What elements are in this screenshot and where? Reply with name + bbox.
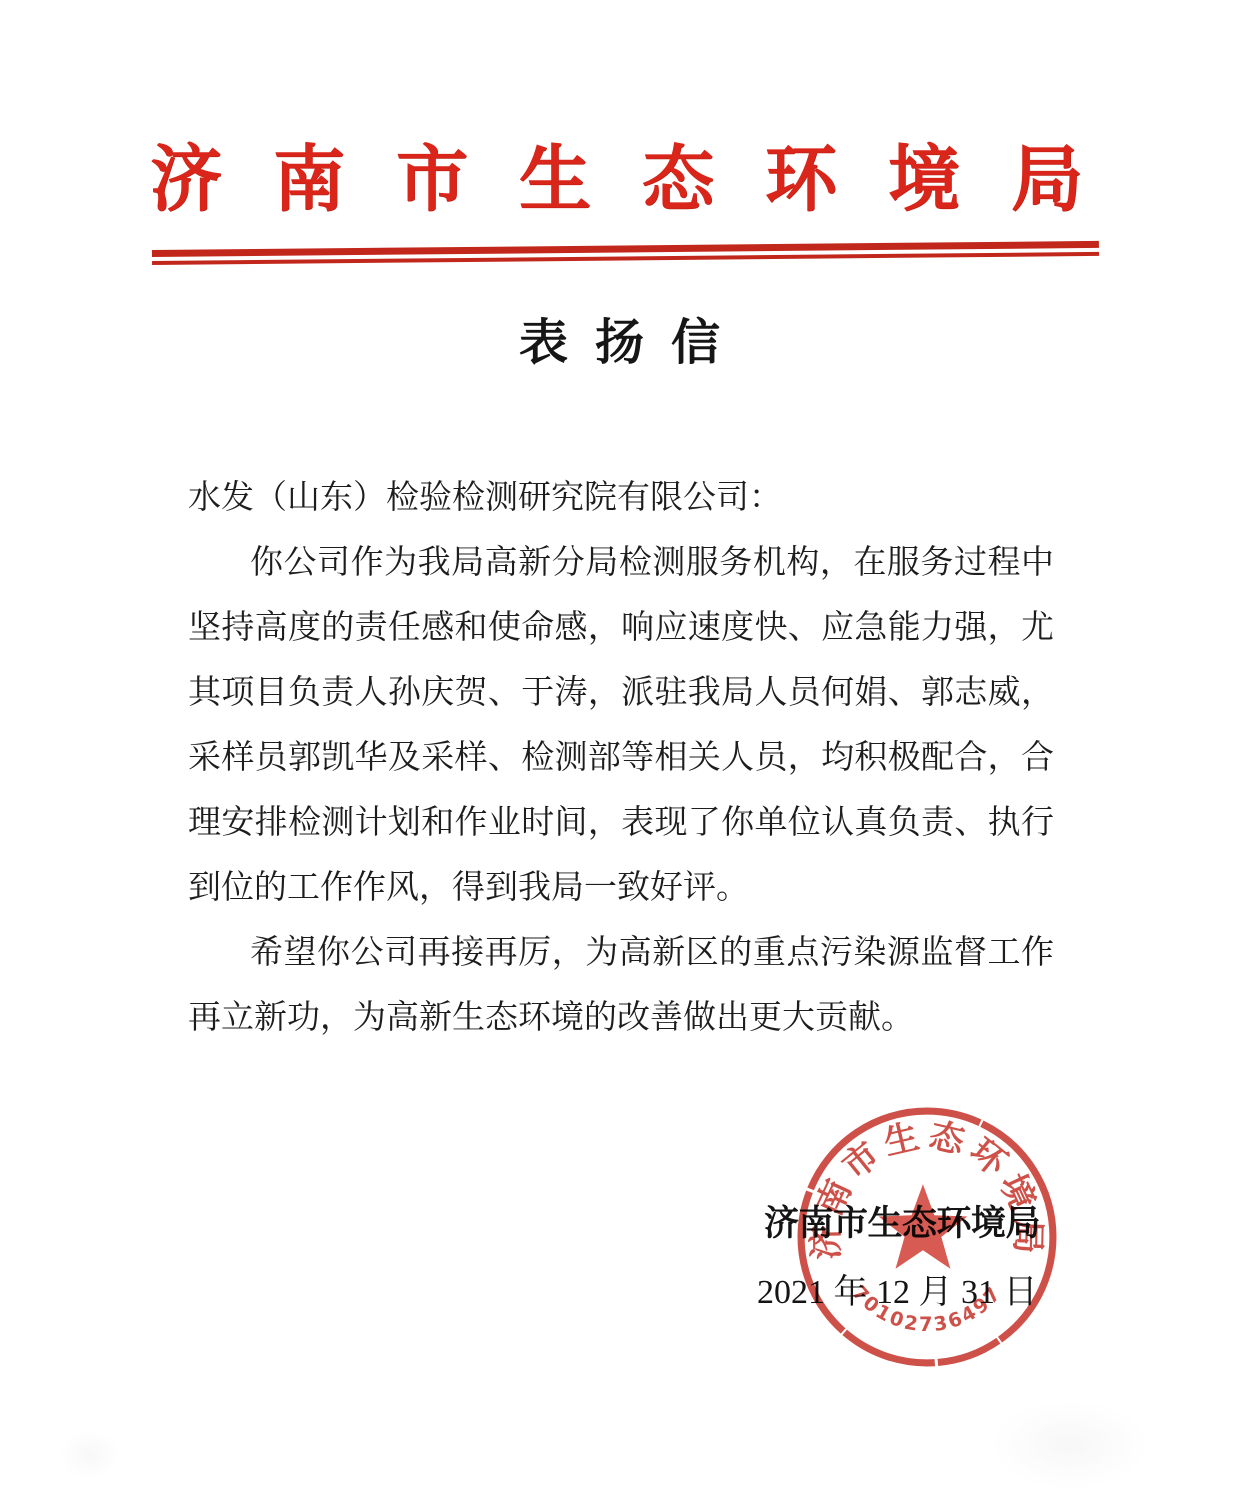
- body-line: 坚持高度的责任感和使命感，响应速度快、应急能力强，尤: [188, 596, 1054, 661]
- body-line: 水发（山东）检验检测研究院有限公司：: [188, 466, 1054, 531]
- agency-letterhead: 济南市生态环境局: [150, 144, 1134, 216]
- letter-title: 表扬信: [0, 304, 1239, 374]
- body-line: 再立新功，为高新生态环境的改善做出更大贡献。: [188, 986, 1054, 1051]
- letter-page: 济南市生态环境局 表扬信 水发（山东）检验检测研究院有限公司： 你公司作为我局高…: [0, 0, 1239, 1505]
- signature-date: 2021 年 12 月 31 日: [757, 1264, 1038, 1313]
- scan-smudge: [990, 1400, 1150, 1490]
- body-line: 到位的工作作风，得到我局一致好评。: [188, 856, 1054, 921]
- signature-agency: 济南市生态环境局: [764, 1196, 1040, 1246]
- letterhead-rule: [152, 241, 1099, 265]
- scan-smudge: [60, 1430, 120, 1480]
- letter-body: 水发（山东）检验检测研究院有限公司： 你公司作为我局高新分局检测服务机构，在服务…: [188, 466, 1054, 1051]
- body-line: 其项目负责人孙庆贺、于涛，派驻我局人员何娟、郭志威，: [188, 661, 1054, 726]
- body-line: 你公司作为我局高新分局检测服务机构，在服务过程中: [188, 531, 1054, 596]
- body-line: 理安排检测计划和作业时间，表现了你单位认真负责、执行: [188, 791, 1054, 856]
- body-line: 采样员郭凯华及采样、检测部等相关人员，均积极配合，合: [188, 726, 1054, 791]
- body-line: 希望你公司再接再厉，为高新区的重点污染源监督工作: [188, 921, 1054, 986]
